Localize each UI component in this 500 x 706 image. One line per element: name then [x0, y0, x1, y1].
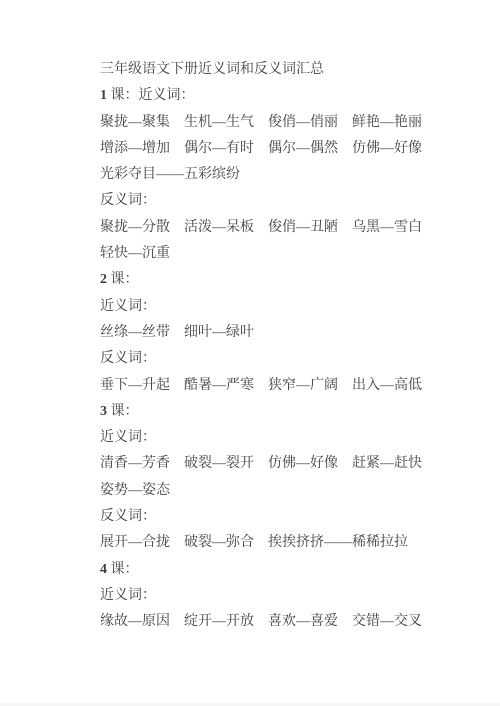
word-pairs-line: 丝绦—丝带 细叶—绿叶: [100, 320, 445, 346]
section-label-antonyms: 反义词：: [100, 504, 445, 530]
document-title: 三年级语文下册近义词和反义词汇总: [100, 57, 445, 83]
word-pairs-line: 展开—合拢 破裂—弥合 挨挨挤挤——稀稀拉拉: [100, 530, 445, 556]
lesson-number: 4: [100, 562, 107, 577]
lesson-heading-label: 课：近义词：: [107, 88, 195, 103]
word-pairs-line: 姿势—姿态: [100, 478, 445, 504]
lesson-1-heading: 1 课：近义词：: [100, 83, 445, 109]
word-pairs-line: 聚拢—分散 活泼—呆板 俊俏—丑陋 乌黑—雪白: [100, 215, 445, 241]
lesson-number: 1: [100, 88, 107, 103]
section-label-synonyms: 近义词：: [100, 294, 445, 320]
word-pairs-line: 清香—芳香 破裂—裂开 仿佛—好像 赶紧—赶快: [100, 451, 445, 477]
word-pairs-line: 增添—增加 偶尔—有时 偶尔—偶然 仿佛—好像: [100, 136, 445, 162]
word-pairs-line: 缘故—原因 绽开—开放 喜欢—喜爱 交错—交叉: [100, 609, 445, 635]
lesson-number: 2: [100, 272, 107, 287]
word-pairs-line: 光彩夺目——五彩缤纷: [100, 162, 445, 188]
lesson-2-heading: 2 课：: [100, 267, 445, 293]
word-pairs-line: 垂下—升起 酷暑—严寒 狭窄—广阔 出入—高低: [100, 373, 445, 399]
lesson-heading-label: 课：: [107, 272, 139, 287]
lesson-heading-label: 课：: [107, 404, 139, 419]
section-label-antonyms: 反义词：: [100, 346, 445, 372]
lesson-heading-label: 课：: [107, 562, 139, 577]
lesson-3-heading: 3 课：: [100, 399, 445, 425]
word-pairs-line: 轻快—沉重: [100, 241, 445, 267]
lesson-4-heading: 4 课：: [100, 557, 445, 583]
document-page: 三年级语文下册近义词和反义词汇总 1 课：近义词： 聚拢—聚集 生机—生气 俊俏…: [0, 0, 500, 706]
section-label-antonyms: 反义词：: [100, 188, 445, 214]
section-label-synonyms: 近义词：: [100, 583, 445, 609]
document-body: 三年级语文下册近义词和反义词汇总 1 课：近义词： 聚拢—聚集 生机—生气 俊俏…: [100, 57, 445, 636]
word-pairs-line: 聚拢—聚集 生机—生气 俊俏—俏丽 鲜艳—艳丽: [100, 110, 445, 136]
section-label-synonyms: 近义词：: [100, 425, 445, 451]
lesson-number: 3: [100, 404, 107, 419]
